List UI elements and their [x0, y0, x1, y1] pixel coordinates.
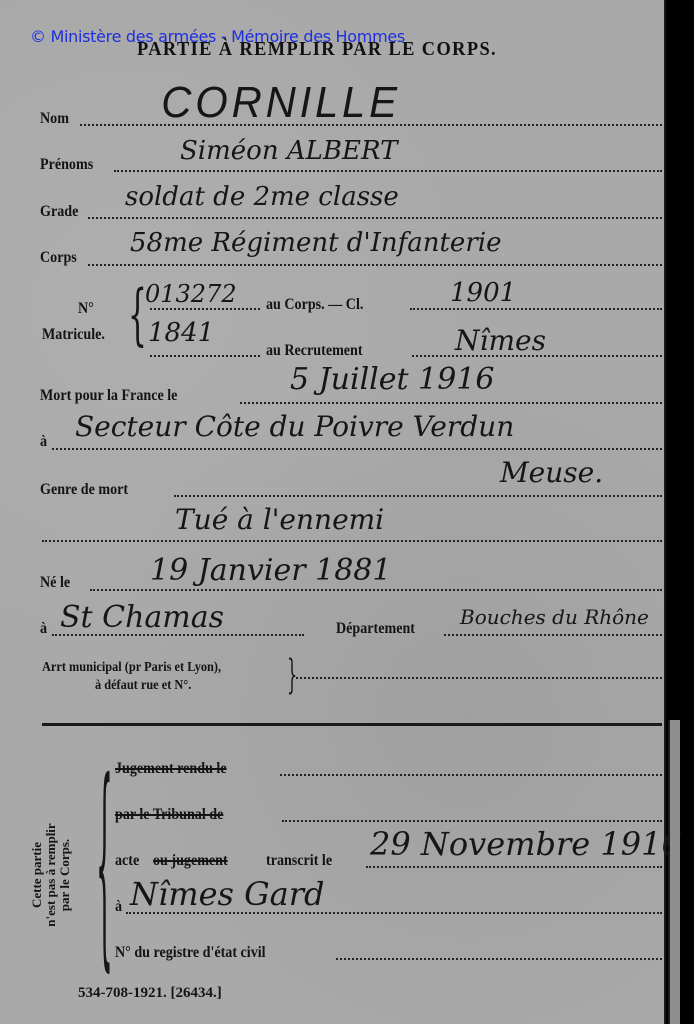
genre-de-mort-line2	[42, 540, 662, 542]
matricule-label: Matricule.	[42, 326, 105, 344]
prenoms-value: Siméon ALBERT	[180, 136, 397, 166]
print-reference: 534-708-1921. [26434.]	[78, 985, 222, 1002]
tribunal-line	[282, 820, 662, 822]
matricule-recrutement-line	[150, 355, 260, 357]
side-label-line1: Cette partie	[30, 790, 44, 960]
prenoms-line	[114, 170, 662, 172]
adjacent-card-border	[668, 720, 670, 1024]
matricule-recrutement-number: 1841	[148, 318, 214, 348]
genre-de-mort-value: Tué à l'ennemi	[175, 503, 384, 536]
death-record-card: © Ministère des armées - Mémoire des Hom…	[0, 0, 666, 1024]
corps-label: Corps	[40, 249, 77, 267]
transcription-acte-label: acte	[115, 852, 139, 870]
nom-value: CORNILLE	[161, 78, 400, 128]
naissance-value: 19 Janvier 1881	[150, 553, 391, 588]
matricule-corps-label: au Corps. — Cl.	[266, 296, 363, 314]
transcription-label: transcrit le	[266, 852, 332, 870]
departement-line	[444, 634, 662, 636]
classe-value: 1901	[450, 278, 516, 308]
tribunal-label: par le Tribunal de	[115, 806, 223, 824]
corps-line	[88, 264, 662, 266]
transcription-line	[366, 866, 662, 868]
matricule-corps-number: 013272	[145, 280, 237, 308]
non-corps-brace: {	[96, 752, 113, 972]
corps-value: 58me Régiment d'Infanterie	[130, 228, 501, 258]
naissance-label: Né le	[40, 574, 70, 592]
card-right-border	[664, 0, 666, 1024]
prenoms-label: Prénoms	[40, 156, 93, 174]
departement-value: Bouches du Rhône	[460, 605, 649, 629]
arrondissement-line	[296, 677, 662, 679]
section-separator	[42, 723, 662, 726]
naissance-line	[90, 589, 662, 591]
mort-label: Mort pour la France le	[40, 387, 177, 405]
arrondissement-brace: }	[287, 655, 297, 695]
registre-label: N° du registre d'état civil	[115, 944, 266, 962]
transcription-struck-label: ou jugement	[153, 852, 228, 870]
side-label-line2: n'est pas à remplir	[44, 790, 58, 960]
mort-value: 5 Juillet 1916	[290, 362, 494, 397]
departement-label: Département	[336, 620, 415, 638]
jugement-label: Jugement rendu le	[115, 760, 227, 778]
lieu-naissance-label: à	[40, 620, 47, 638]
lieu-deces-value: Secteur Côte du Poivre Verdun	[75, 410, 514, 443]
non-corps-side-label: Cette partie n'est pas à remplir par le …	[30, 790, 72, 960]
recrutement-label: au Recrutement	[266, 342, 363, 360]
grade-line	[88, 217, 662, 219]
nom-label: Nom	[40, 110, 69, 128]
grade-label: Grade	[40, 203, 78, 221]
grade-value: soldat de 2me classe	[125, 182, 399, 212]
mort-line	[240, 402, 662, 404]
genre-de-mort-label: Genre de mort	[40, 481, 128, 499]
lieu-transcription-label: à	[115, 898, 122, 916]
arrondissement-label: Arrt municipal (pr Paris et Lyon),	[42, 660, 221, 676]
matricule-corps-line	[150, 308, 260, 310]
copyright-watermark: © Ministère des armées - Mémoire des Hom…	[30, 27, 405, 46]
lieu-deces-line	[52, 448, 662, 450]
jugement-line	[280, 774, 662, 776]
transcription-value: 29 Novembre 1916	[370, 825, 682, 863]
side-label-line3: par le Corps.	[58, 790, 72, 960]
arrondissement-label-2: à défaut rue et N°.	[95, 678, 191, 694]
recrutement-value: Nîmes	[455, 324, 546, 357]
genre-de-mort-line	[174, 495, 662, 497]
lieu-deces-value-line2: Meuse.	[500, 456, 603, 489]
lieu-naissance-value: St Chamas	[60, 600, 224, 635]
lieu-deces-label: à	[40, 433, 47, 451]
matricule-label-no: N°	[78, 300, 94, 318]
classe-line	[410, 308, 662, 310]
lieu-transcription-value: Nîmes Gard	[130, 875, 325, 913]
registre-line	[336, 958, 662, 960]
